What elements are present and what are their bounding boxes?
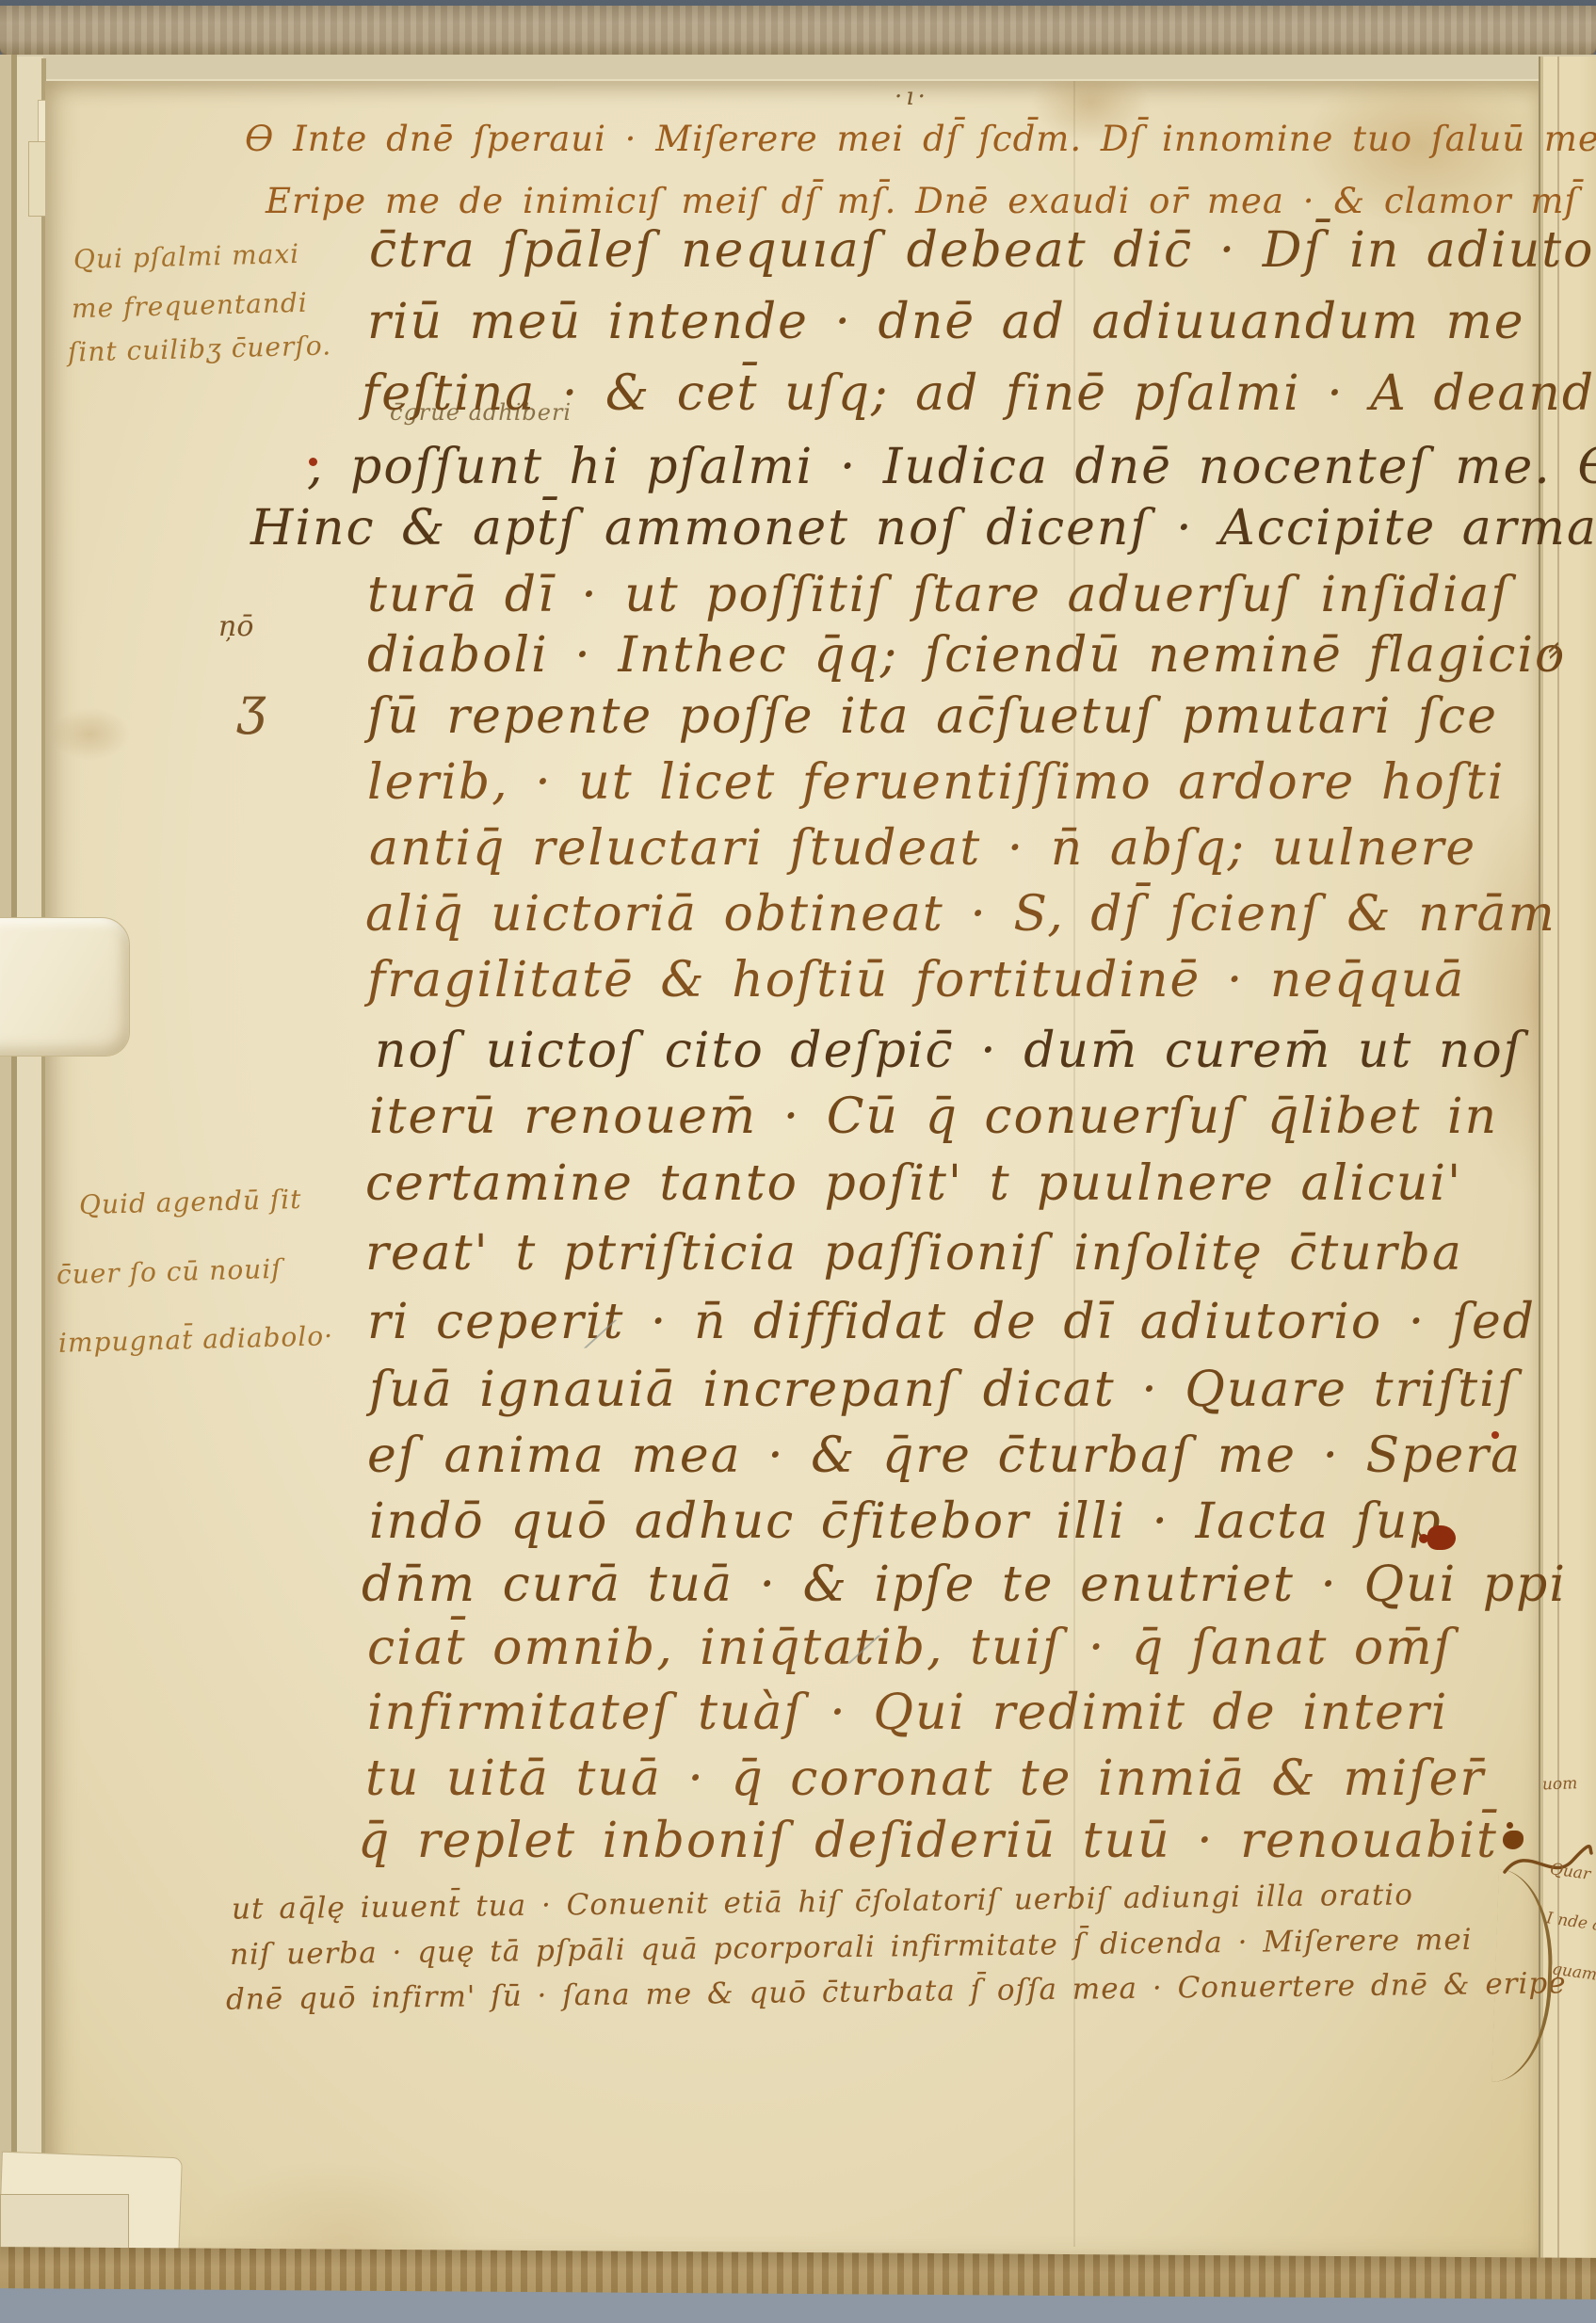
- margin-mark-squiggle: ʒ: [237, 676, 266, 735]
- red-ink-dot: [1491, 1431, 1499, 1439]
- text-line: indō quō adhuc c̄fitebor illi · Iacta ſu…: [369, 1493, 1443, 1550]
- text-line: Hinc & apt̄ſ ammonet noſ dicenſ · Accipi…: [250, 500, 1596, 557]
- text-line: , poſſunt hi pſalmi · Iudica dnē nocente…: [307, 439, 1596, 495]
- text-line: q̄ replet inboniſ deſideriū tuū · renoua…: [358, 1813, 1498, 1869]
- pencil-mark: ⟋: [584, 1314, 610, 1357]
- text-line: infirmitateſ tuàſ · Qui redimit de inter…: [367, 1685, 1448, 1741]
- text-line: certamine tanto poſit' t puulnere alicui…: [365, 1155, 1462, 1212]
- text-line: ſū repente poſſe ita ac̄ſuetuſ pmutari ſ…: [367, 688, 1498, 745]
- text-line: ſuā ignauiā increpanſ dicat · Quare triſ…: [369, 1362, 1517, 1418]
- margin-mark-no: ņō: [218, 610, 253, 643]
- text-line: fragilitatē & hoſtiū fortitudinē · neq̄q…: [367, 952, 1465, 1008]
- folio-number: ·ı·: [895, 83, 929, 111]
- manuscript-photo: ·ı· Ɵ Inte dnē ſperaui · Miſerere mei dſ…: [0, 0, 1596, 2323]
- text-line: ri ceperit · n̄ diffidat de dī adiutorio…: [367, 1294, 1536, 1350]
- text-line: antiq̄ reluctari ſtudeat · n̄ abſq; uuln…: [369, 820, 1476, 877]
- text-line: diaboli · Inthec q̄q; ſciendū neminē fla…: [367, 627, 1566, 684]
- heading-line: Eripe me de inimicıſ meiſ dſ̄ mſ̄. Dnē e…: [266, 181, 1578, 221]
- gutter-leaf-edge: [17, 56, 43, 2265]
- text-line: turā dī · ut poſſitiſ ſtare aduerſuſ inſ…: [367, 567, 1511, 623]
- text-line: reat' t ptriſticia paſſioniſ inſolitę c̄…: [365, 1225, 1463, 1282]
- stacked-leaf-edge: [0, 55, 1596, 81]
- text-line: riū meū intende · dnē ad adiuuandum me: [367, 294, 1525, 350]
- margin-note-line: c̄uer ſo cū nouiſ: [56, 1253, 282, 1290]
- text-line: lerib, · ut licet feruentiſſimo ardore h…: [367, 754, 1505, 811]
- red-ink-blot: [1427, 1525, 1456, 1550]
- margin-note-line: Quid agendū ſit: [79, 1184, 302, 1220]
- text-line: aliq̄ uictoriā obtineat · S, dſ̄ ſcienſ …: [365, 886, 1556, 943]
- margin-note-line: me frequentandi: [72, 287, 309, 325]
- text-line: ciat̄ omnib, iniq̄tatib, tuiſ · q̄ ſanat…: [367, 1620, 1454, 1676]
- book-top-binding-edge: [0, 6, 1596, 57]
- text-line: dn̄m curā tuā · & ipſe te enutriet · Qui…: [362, 1557, 1567, 1613]
- text-line: tu uitā tuā · q̄ coronat te inmiā & miſe…: [365, 1750, 1485, 1807]
- parchment-bookmark-tab: [0, 917, 130, 1057]
- text-line: noſ uictoſ cito deſpic̄ · dum̄ curem̄ ut…: [375, 1023, 1523, 1079]
- margin-note-line: Qui pſalmi maxi: [73, 238, 300, 275]
- edge-text-fragment: ɯon: [1542, 1775, 1578, 1795]
- text-line: feſtina · & cet̄ uſq; ad finē pſalmi · A…: [362, 365, 1596, 422]
- text-line: iterū renouem̄ · Cū q̄ conuerſuſ q̄libet…: [369, 1089, 1498, 1145]
- red-ink-dot: [309, 458, 317, 466]
- text-line: c̄tra ſpāleſ nequıaſ debeat dic̄ · Dſ̄ i…: [369, 222, 1594, 279]
- text-line: eſ anima mea · & q̄re c̄turbaſ me · Sper…: [367, 1428, 1522, 1484]
- heading-line: Ɵ Inte dnē ſperaui · Miſerere mei dſ̄ ſc…: [245, 119, 1596, 159]
- gutter-leaf-edge: [0, 55, 11, 2267]
- pencil-mark: ⟋: [847, 1629, 874, 1672]
